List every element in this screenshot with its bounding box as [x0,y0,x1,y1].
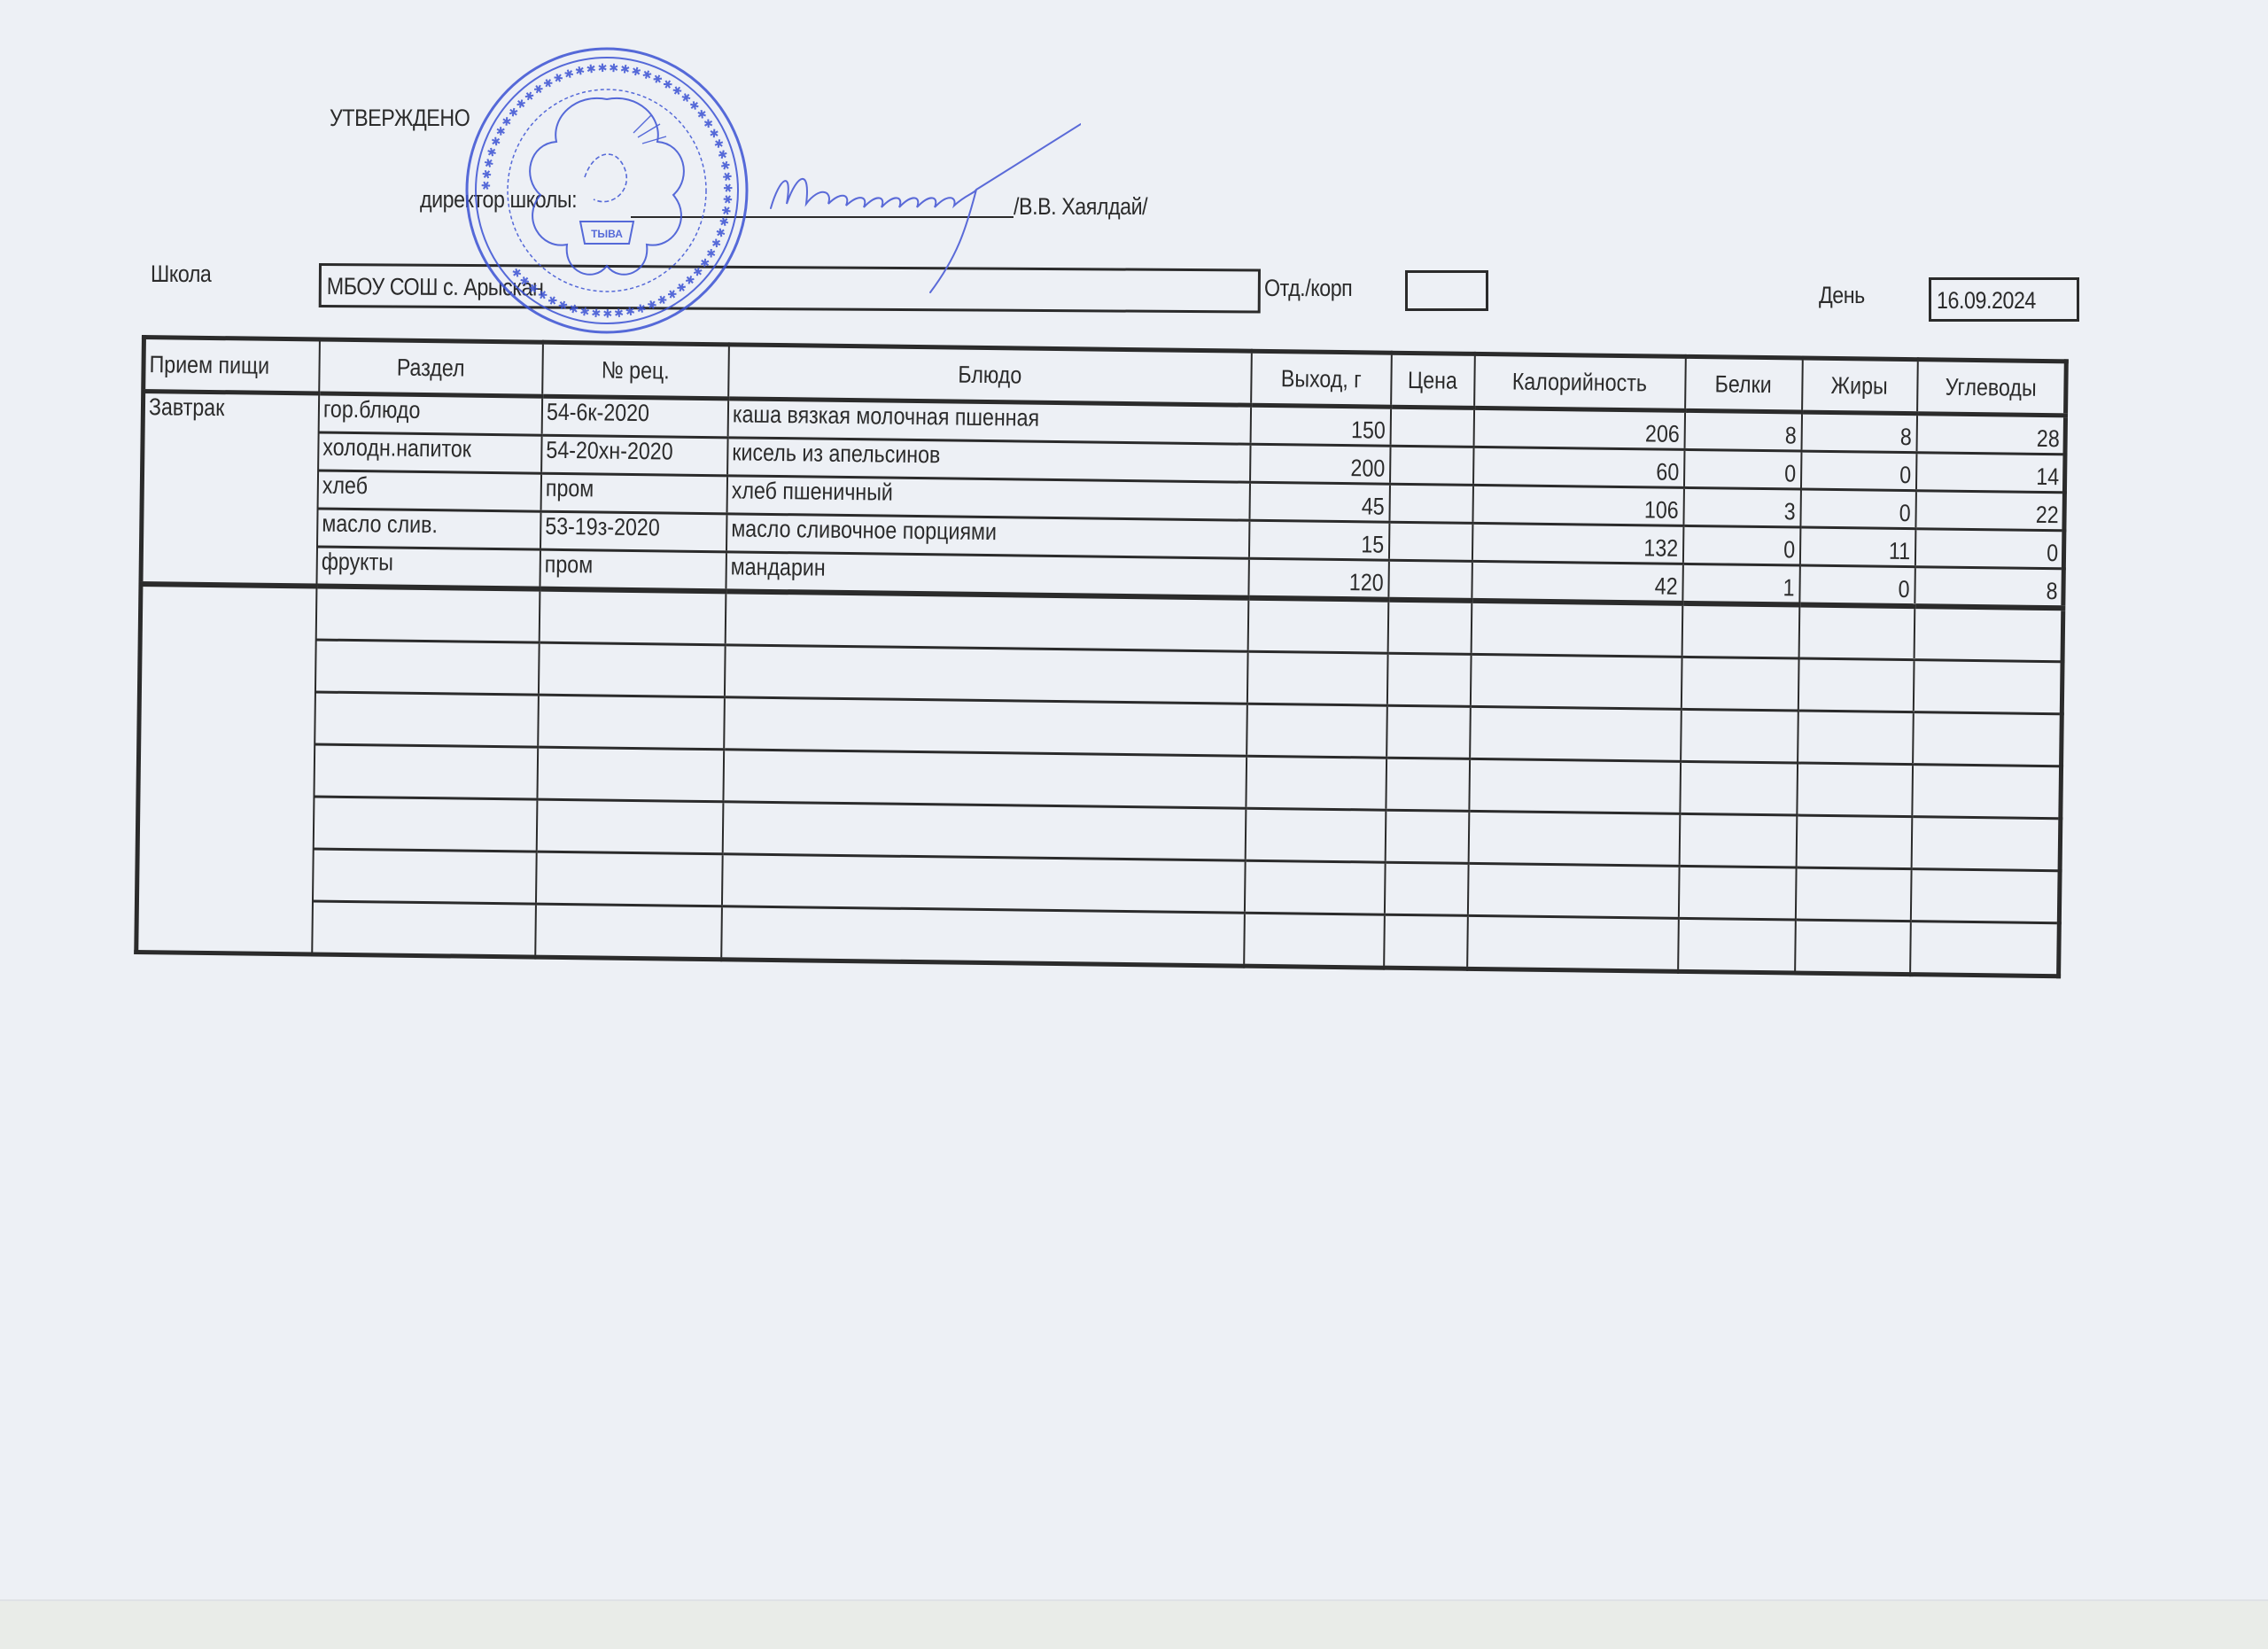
cell-price [1389,446,1473,485]
cell-empty [1678,918,1796,973]
day-value: 16.09.2024 [1937,287,2036,315]
cell-protein: 1 [1682,564,1800,604]
cell-empty [1246,756,1386,810]
signature-line [631,216,1014,218]
cell-empty [1386,758,1470,811]
cell-empty [1682,603,1799,658]
cell-yield: 200 [1250,444,1391,484]
cell-empty [1470,706,1682,761]
col-header-fat: Жиры [1802,358,1918,414]
cell-empty [538,642,725,697]
col-header-recipe: № рец. [542,342,729,399]
cell-empty [1385,810,1469,863]
cell-empty [724,645,1247,704]
cell-yield: 150 [1250,405,1391,446]
cell-calories: 42 [1472,561,1683,603]
cell-empty [315,692,539,747]
cell-fat: 0 [1800,451,1916,491]
col-header-meal: Прием пищи [144,338,320,393]
cell-empty [722,802,1246,860]
col-header-carbs: Углеводы [1917,360,2067,416]
bleed-through-text [1799,124,1806,152]
school-label: Школа [151,262,211,286]
col-header-dish: Блюдо [728,345,1252,405]
cell-calories: 206 [1473,408,1685,449]
cell-fat: 0 [1799,565,1915,606]
cell-empty [1247,598,1388,653]
cell-empty [1386,705,1471,758]
cell-recipe: 53-19з-2020 [540,511,726,552]
day-label: День [1819,284,1865,307]
school-value: МБОУ СОШ с. Арыскан [327,273,544,301]
cell-price [1388,522,1472,561]
cell-empty [536,799,723,854]
cell-dish: каша вязкая молочная пшенная [727,399,1251,444]
cell-empty [539,589,726,645]
cell-protein: 8 [1684,410,1802,451]
cell-carbs: 14 [1915,453,2065,493]
school-field[interactable]: МБОУ СОШ с. Арыскан [319,263,1261,313]
cell-price [1390,407,1474,447]
col-header-yield: Выход, г [1251,351,1392,407]
cell-empty [315,640,539,695]
cell-recipe: пром [540,549,726,591]
menu-table: Прием пищи Раздел № рец. Блюдо Выход, г … [134,335,2069,978]
col-header-price: Цена [1391,353,1475,408]
cell-yield: 15 [1248,520,1389,560]
cell-empty [535,904,722,960]
cell-empty [1914,606,2063,662]
scanner-edge [0,1599,2268,1649]
cell-empty [724,697,1247,756]
col-header-protein: Белки [1685,356,1803,412]
cell-empty [1910,922,2060,976]
cell-empty [538,695,725,750]
cell-dish: мандарин [726,552,1249,598]
director-name: /В.В. Хаялдай/ [1014,195,1147,219]
cell-empty [1681,709,1798,763]
cell-empty [1384,914,1468,968]
cell-empty [1387,600,1472,655]
cell-empty [721,906,1245,966]
cell-calories: 60 [1472,447,1684,487]
cell-empty [1795,867,1911,922]
cell-empty [1796,815,1912,869]
cell-empty [1247,651,1387,705]
cell-empty [1470,654,1682,709]
cell-meal: Завтрак [141,392,319,587]
cell-empty [1679,813,1797,867]
cell-yield: 120 [1248,558,1389,599]
cell-empty [1244,913,1385,968]
cell-recipe: пром [540,473,727,514]
cell-section: масло слив. [317,509,541,549]
cell-empty [313,797,537,852]
day-field[interactable]: 16.09.2024 [1929,277,2079,322]
cell-empty [1678,866,1796,920]
cell-dish: масло сливочное порциями [726,514,1248,558]
cell-yield: 45 [1249,482,1390,522]
cell-carbs: 8 [1915,567,2064,609]
cell-empty [312,849,536,904]
cell-dish: хлеб пшеничный [726,476,1249,520]
cell-recipe: 54-6к-2020 [541,396,728,438]
cell-section: хлеб [317,471,541,511]
cell-empty [312,901,536,957]
menu-table-container: Прием пищи Раздел № рец. Блюдо Выход, г … [134,335,2069,978]
cell-dish: кисель из апельсинов [727,438,1250,482]
cell-empty [1911,817,2061,871]
department-field[interactable] [1405,270,1488,311]
cell-empty [1798,605,1915,660]
cell-price [1389,484,1473,523]
cell-empty [1797,763,1913,817]
cell-section: холодн.напиток [318,432,542,473]
cell-carbs: 0 [1915,529,2064,569]
cell-empty [1681,657,1798,711]
cell-protein: 3 [1683,487,1801,527]
cell-empty [1913,712,2062,766]
cell-empty [1913,660,2062,714]
cell-recipe: 54-20хн-2020 [541,435,728,476]
col-header-section: Раздел [319,339,543,396]
cell-empty [723,750,1247,808]
cell-empty [721,854,1245,913]
cell-empty [537,747,724,802]
cell-meal-empty [136,584,316,954]
cell-protein: 0 [1682,525,1800,565]
cell-empty [314,744,538,799]
cell-calories: 132 [1472,523,1683,564]
cell-calories: 106 [1472,485,1684,525]
cell-fat: 0 [1800,489,1916,529]
cell-empty [1468,811,1680,866]
cell-section: фрукты [316,547,540,589]
cell-empty [1798,711,1914,765]
department-label: Отд./корп [1264,276,1352,300]
cell-fat: 8 [1801,412,1917,453]
cell-empty [1910,869,2060,923]
cell-empty [1467,863,1679,918]
cell-empty [1798,658,1914,712]
cell-empty [1471,601,1682,657]
director-label: директор школы: [420,188,577,212]
cell-price [1388,560,1472,601]
cell-empty [1384,862,1468,915]
cell-empty [1244,860,1385,914]
menu-table-body: Завтракгор.блюдо54-6к-2020каша вязкая мо… [136,392,2066,976]
cell-empty [1245,808,1386,862]
cell-carbs: 22 [1915,491,2065,531]
cell-empty [1386,653,1471,706]
cell-empty [725,591,1248,651]
approved-label: УТВЕРЖДЕНО [330,106,470,130]
cell-protein: 0 [1683,449,1801,489]
cell-empty [1795,920,1911,975]
cell-fat: 11 [1799,527,1915,567]
cell-empty [1680,761,1798,815]
cell-empty [1469,758,1681,813]
cell-empty [1467,915,1679,971]
cell-empty [535,852,722,906]
cell-carbs: 28 [1916,414,2066,455]
cell-empty [1247,704,1387,758]
cell-empty [315,586,540,642]
col-header-calories: Калорийность [1474,354,1686,410]
cell-empty [1912,765,2062,819]
cell-section: гор.блюдо [318,393,542,435]
